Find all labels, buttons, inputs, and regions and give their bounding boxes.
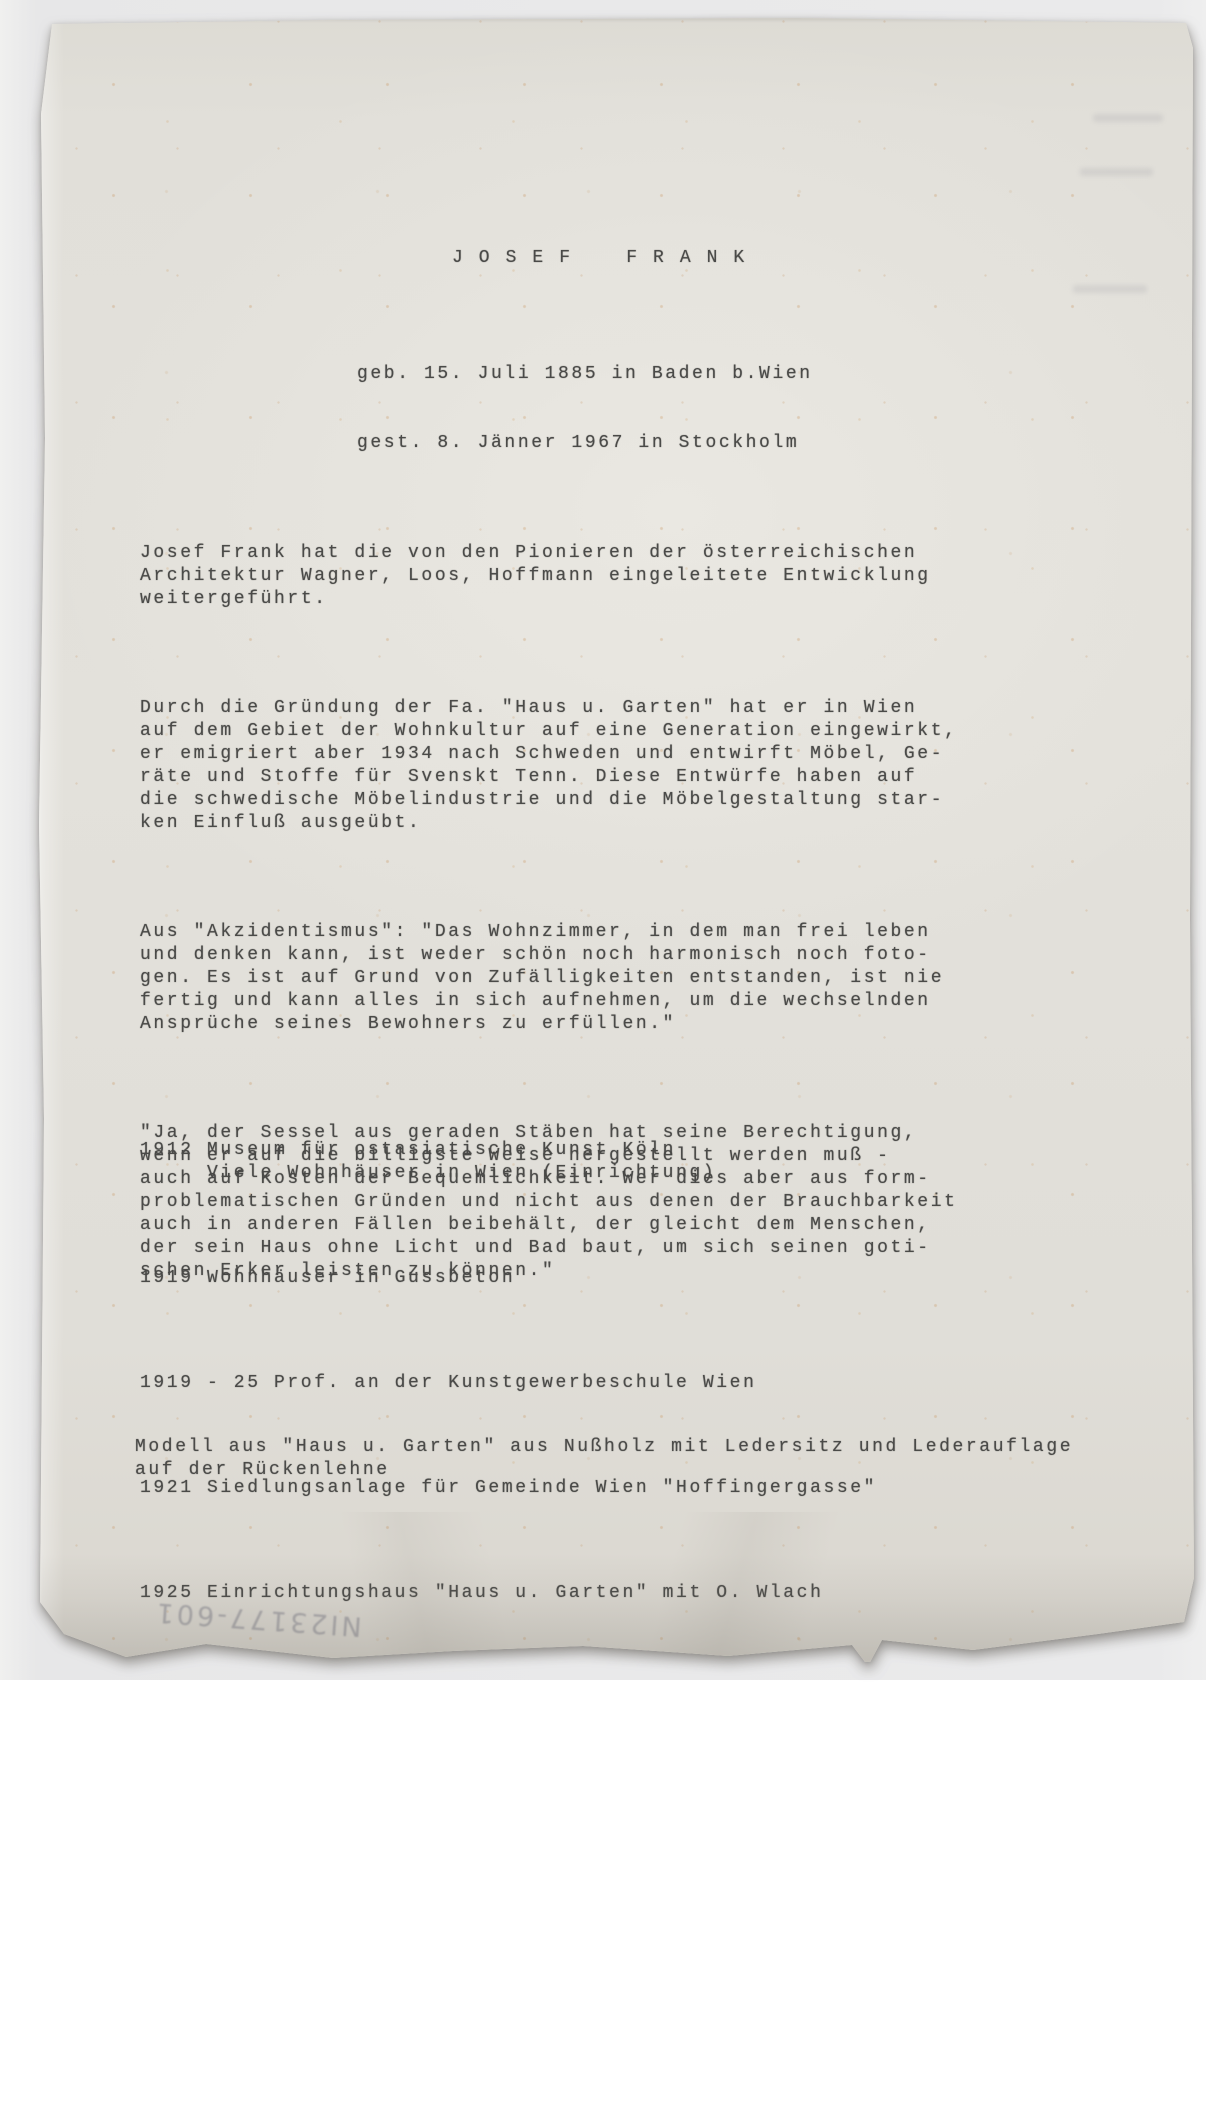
timeline-entry: 1912 Museum für ostasiatische Kunst Köln…: [140, 1139, 1040, 1185]
timeline-entry: 1919 - 25 Prof. an der Kunstgewerbeschul…: [140, 1372, 1040, 1395]
paragraph: Aus "Akzidentismus": "Das Wohnzimmer, in…: [140, 921, 1020, 1036]
birth-line: geb. 15. Juli 1885 in Baden b.Wien: [357, 363, 813, 386]
timeline-year: 1919: [140, 1267, 194, 1290]
timeline-text: Wohnhäuser in Gussbeton: [207, 1267, 515, 1290]
bleed-through-mark: [1093, 114, 1163, 122]
timeline-year: 1919: [140, 1372, 194, 1395]
scanner-background: J O S E F F R A N K geb. 15. Juli 1885 i…: [0, 0, 1206, 1680]
timeline-entry: 1925 Einrichtungshaus "Haus u. Garten" m…: [140, 1582, 1040, 1605]
timeline-text: Einrichtungshaus "Haus u. Garten" mit O.…: [207, 1582, 823, 1605]
timeline-year: 1912: [140, 1139, 194, 1185]
bleed-through-mark: [1073, 285, 1147, 293]
timeline: 1912 Museum für ostasiatische Kunst Köln…: [140, 1047, 1040, 1680]
typewritten-page: J O S E F F R A N K geb. 15. Juli 1885 i…: [38, 18, 1196, 1662]
model-caption: Modell aus "Haus u. Garten" aus Nußholz …: [135, 1436, 1073, 1482]
paragraph: Durch die Gründung der Fa. "Haus u. Gart…: [140, 697, 1020, 835]
timeline-text: Museum für ostasiatische Kunst Köln Viel…: [207, 1139, 716, 1185]
paper-sheet: J O S E F F R A N K geb. 15. Juli 1885 i…: [38, 18, 1196, 1662]
timeline-text: - 25 Prof. an der Kunstgewerbeschule Wie…: [207, 1372, 756, 1395]
bleed-through-mark: [1080, 168, 1153, 176]
document-title: J O S E F F R A N K: [452, 247, 747, 270]
paragraph: Josef Frank hat die von den Pionieren de…: [140, 542, 1020, 611]
timeline-entry: 1919 Wohnhäuser in Gussbeton: [140, 1267, 1040, 1290]
